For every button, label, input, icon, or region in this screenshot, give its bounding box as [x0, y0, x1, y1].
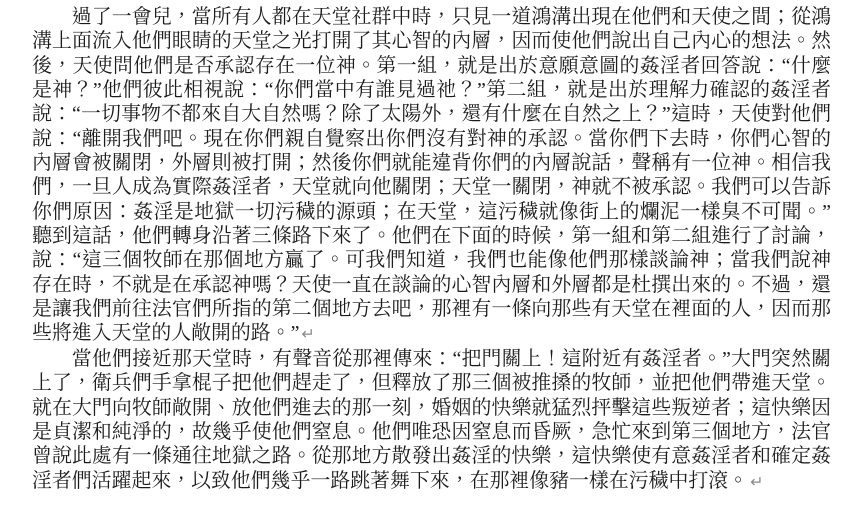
- paragraph-1: 過了一會兒，當所有人都在天堂社群中時，只見一道鴻溝出現在他們和天使之間；從鴻溝上…: [32, 5, 831, 347]
- paragraph-2: 當他們接近那天堂時，有聲音從那裡傳來：“把門關上！這附近有姦淫者。”大門突然關上…: [32, 347, 831, 494]
- document-text-area: 過了一會兒，當所有人都在天堂社群中時，只見一道鴻溝出現在他們和天使之間；從鴻溝上…: [32, 5, 831, 494]
- paragraph-1-text: 過了一會兒，當所有人都在天堂社群中時，只見一道鴻溝出現在他們和天使之間；從鴻溝上…: [32, 6, 831, 344]
- document-page: 過了一會兒，當所有人都在天堂社群中時，只見一道鴻溝出現在他們和天使之間；從鴻溝上…: [0, 0, 861, 507]
- paragraph-return-mark-icon: ↵: [299, 324, 314, 343]
- paragraph-2-text: 當他們接近那天堂時，有聲音從那裡傳來：“把門關上！這附近有姦淫者。”大門突然關上…: [32, 348, 831, 492]
- paragraph-return-mark-icon: ↵: [748, 472, 763, 491]
